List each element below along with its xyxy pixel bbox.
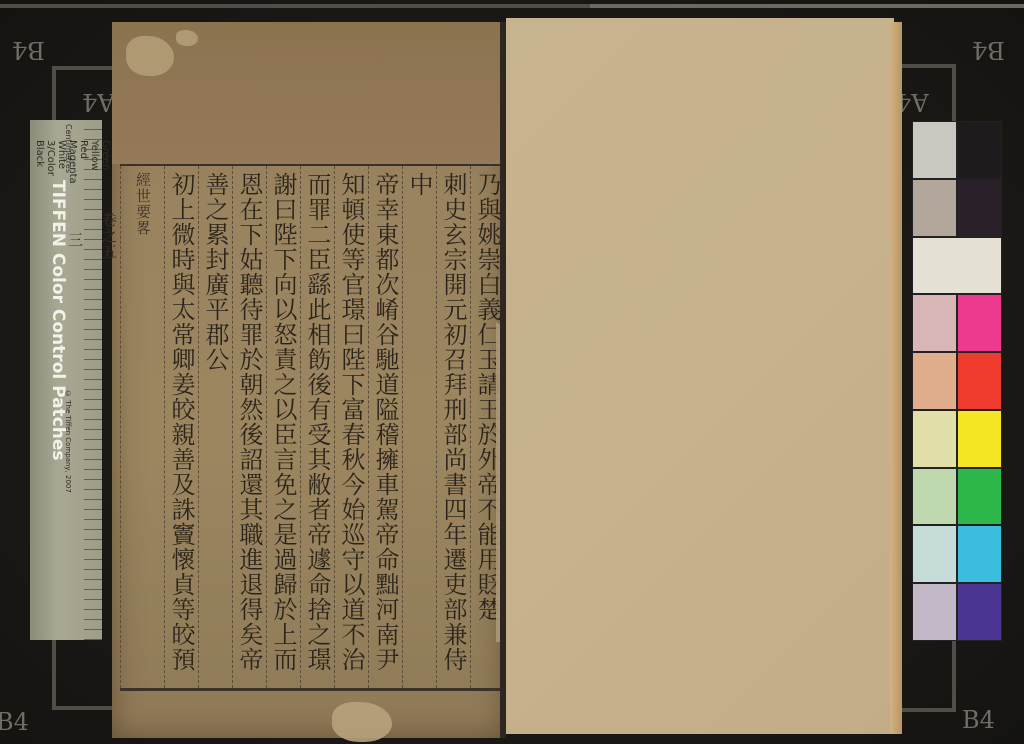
text-column: 帝幸東都次崤谷馳道隘稽擁車駕帝命黜河南尹 <box>368 166 402 688</box>
color-control-patches <box>912 121 1002 641</box>
printed-text-block: 乃與姚崇白義仁玉請王於外帝不能用貶楚 刺史玄宗開元初召拜刑部尚書四年遷吏部兼侍 … <box>120 164 500 691</box>
text-column: 中 <box>402 166 436 688</box>
color-patch-pale-green <box>912 468 957 526</box>
page-stain <box>126 36 174 76</box>
page-top-margin <box>112 22 504 164</box>
color-patch-purple <box>957 583 1002 641</box>
page-stain <box>176 30 198 46</box>
margin-column: 經世要畧 卷之五 三 <box>120 166 160 688</box>
color-patch-pale-lavender <box>912 583 957 641</box>
color-patch-pale-peach <box>912 352 957 410</box>
color-patch-magenta <box>957 294 1002 352</box>
color-patch-cyan <box>957 525 1002 583</box>
text-column: 恩在下姑聽待罪於朝然後詔還其職進退得矣帝 <box>232 166 266 688</box>
right-page-blank <box>506 18 894 734</box>
text-column: 知頓使等官璟曰陛下富春秋今始巡守以道不治 <box>334 166 368 688</box>
color-patch-green <box>957 468 1002 526</box>
color-patch-yellow <box>957 410 1002 468</box>
mat-label-bottom-right: B4 <box>962 706 995 734</box>
color-patch-pale-cyan <box>912 525 957 583</box>
color-patch-red <box>957 352 1002 410</box>
color-patch-white <box>912 237 1002 295</box>
mat-top-line-right <box>590 4 1024 8</box>
text-column: 謝曰陛下向以怒責之以臣言免之是過歸於上而 <box>266 166 300 688</box>
mat-label-top-left: B4 <box>12 36 45 64</box>
text-column: 初上微時與太常卿姜皎親善及誅竇懷貞等皎預 <box>164 166 198 688</box>
text-column: 善之累封廣平郡公 <box>198 166 232 688</box>
color-patch-warm-gray <box>912 179 957 237</box>
color-patch-pale-yellow <box>912 410 957 468</box>
volume-label: 卷之五 <box>92 212 126 260</box>
mat-label-top-right: B4 <box>972 36 1005 64</box>
ruler-copyright: © The Tiffen Company, 2007 <box>64 390 72 493</box>
page-number: 三 <box>58 232 92 248</box>
color-patch-light-gray <box>912 121 957 179</box>
book-title: 經世要畧 <box>134 172 152 236</box>
text-column: 而罪二臣繇此相飭後有受其敝者帝遽命捨之璟 <box>300 166 334 688</box>
right-page-edge <box>890 22 902 734</box>
color-patch-black <box>957 121 1002 179</box>
color-patch-dark-purple-black <box>957 179 1002 237</box>
page-tear <box>332 702 392 742</box>
mat-label-top-left-inner: A4 <box>82 88 115 116</box>
mat-label-bottom-left: B4 <box>0 708 29 736</box>
color-patch-pale-pink <box>912 294 957 352</box>
text-column: 刺史玄宗開元初召拜刑部尚書四年遷吏部兼侍 <box>436 166 470 688</box>
left-page: 乃與姚崇白義仁玉請王於外帝不能用貶楚 刺史玄宗開元初召拜刑部尚書四年遷吏部兼侍 … <box>112 22 504 738</box>
